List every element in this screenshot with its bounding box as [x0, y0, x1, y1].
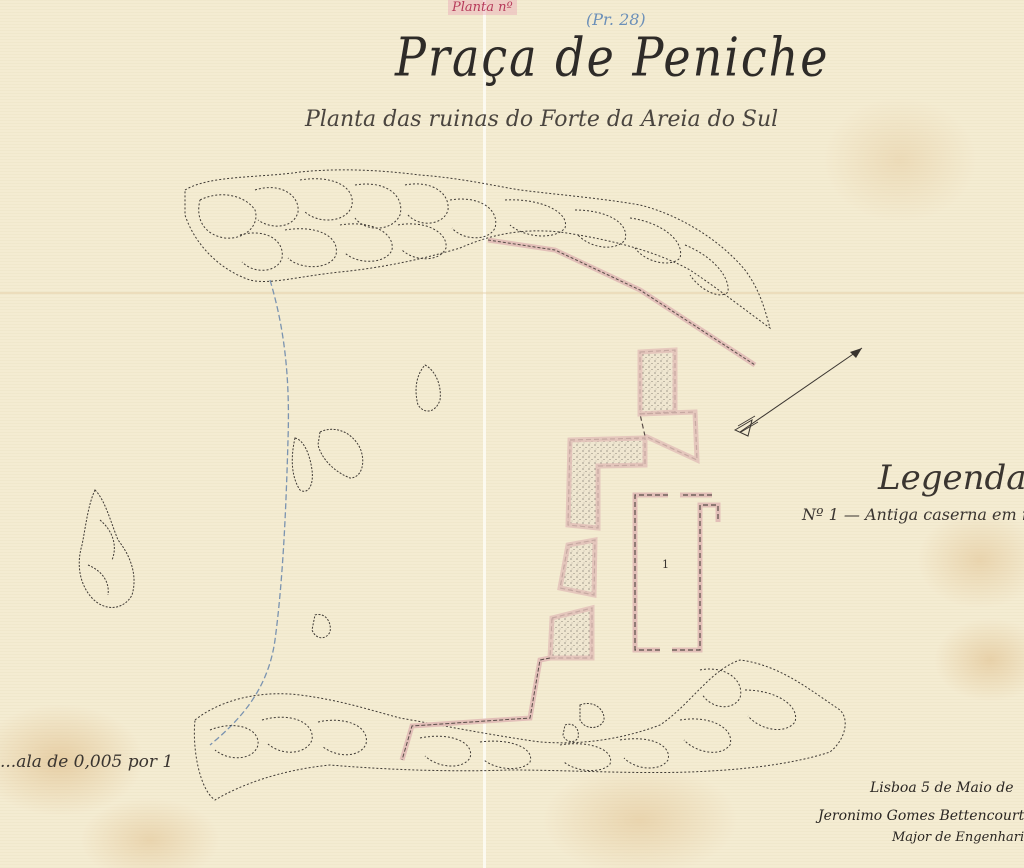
wall-south — [402, 658, 550, 760]
rock-islets — [79, 365, 604, 742]
rocks-north — [185, 170, 770, 328]
map-title: Praça de Peniche — [395, 26, 830, 88]
legend-title: Legenda — [878, 458, 1024, 498]
ruin-block-north — [640, 350, 675, 414]
wall-north — [488, 240, 755, 365]
legend-item: Nº 1 — Antiga caserna em ruin... — [802, 505, 1024, 524]
archive-stamp-red: Planta nº — [448, 0, 517, 15]
signature-rank: Major de Engenharia — [892, 830, 1024, 845]
north-arrow-icon — [735, 348, 862, 436]
signature-place-date: Lisboa 5 de Maio de — [870, 780, 1014, 796]
shoreline — [210, 280, 288, 745]
structure-number-label: 1 — [662, 558, 669, 571]
map-subtitle: Planta das ruinas do Forte da Areia do S… — [305, 107, 778, 132]
scale-text: ...ala de 0,005 por 1 — [0, 752, 173, 772]
rocks-south — [194, 660, 845, 800]
barracks-ruin — [635, 495, 718, 650]
signature-name: Jeronimo Gomes Bettencourt — [818, 808, 1024, 824]
